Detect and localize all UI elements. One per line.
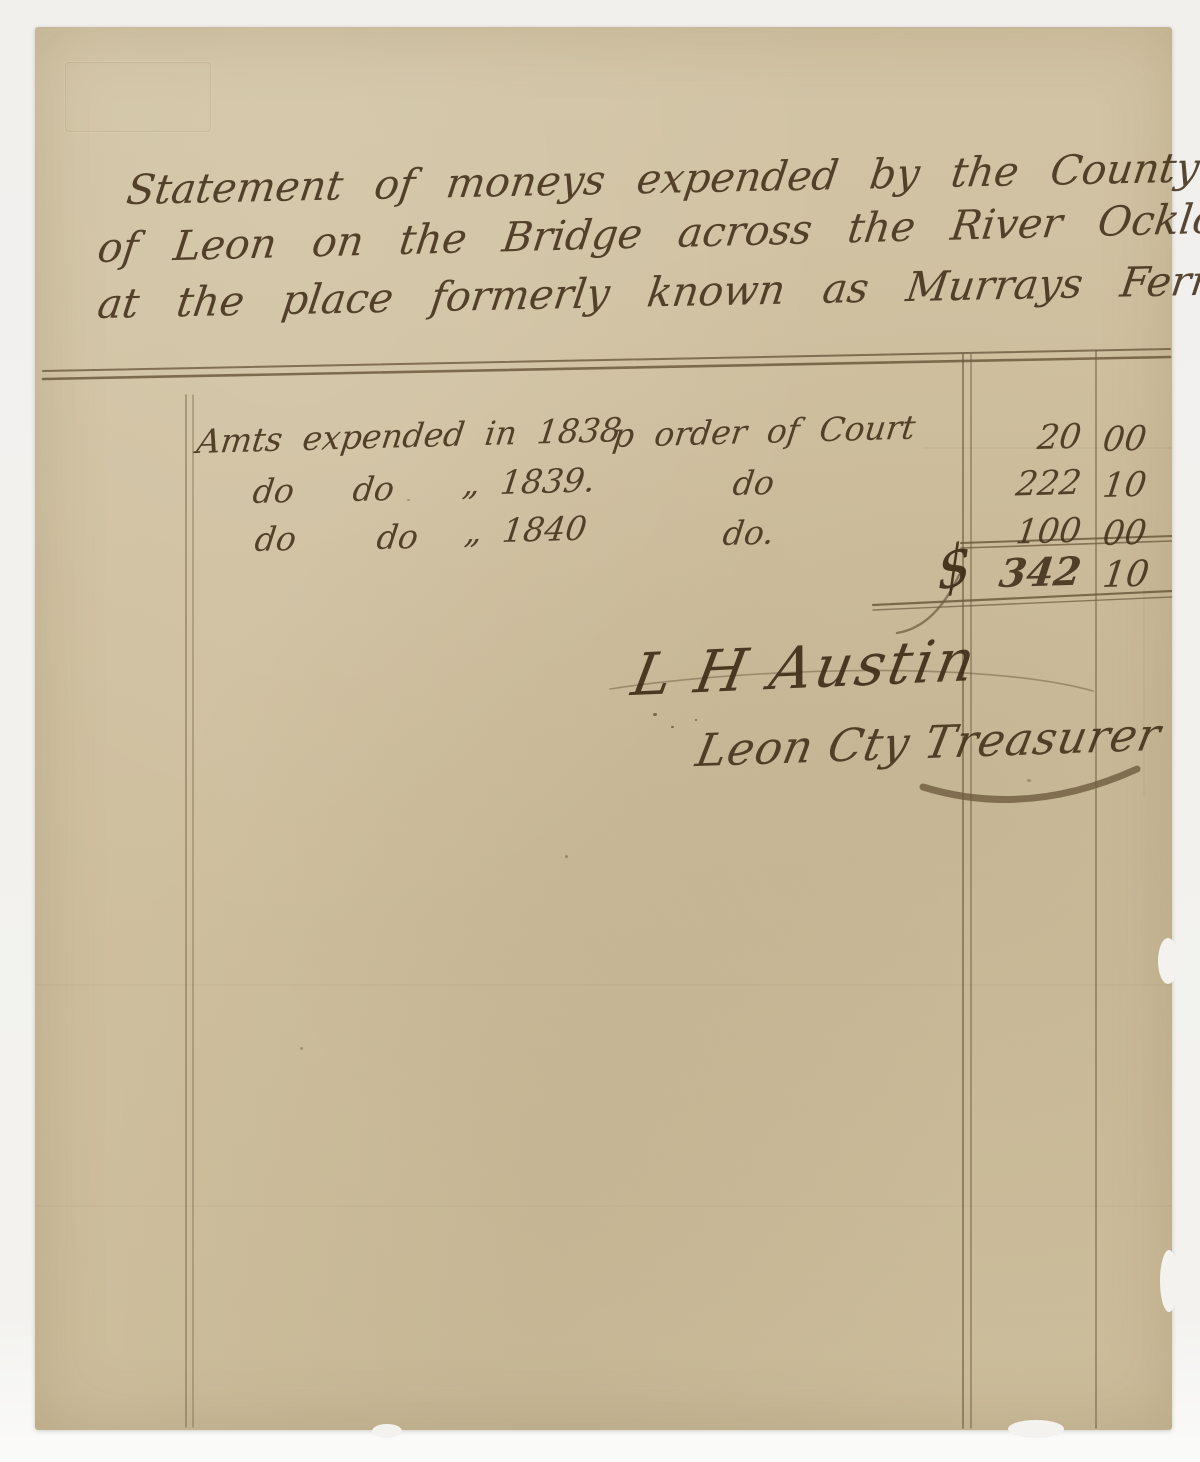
ink-speck <box>407 499 410 501</box>
ledger-row1-cents: 00 <box>1101 421 1168 459</box>
document-paper: Statement of moneys expended by the Coun… <box>35 27 1172 1430</box>
paper-crease <box>1143 587 1145 797</box>
paper-tear <box>1158 938 1178 984</box>
ledger-row1-dollars: 20 <box>961 420 1084 459</box>
total-cents: 10 <box>1101 555 1168 595</box>
paper-crease <box>35 1205 1172 1207</box>
ledger-row1-authority: p order of Court <box>611 410 918 453</box>
ledger-row3-dollars: 100 <box>961 514 1084 553</box>
paper-tear <box>1160 1250 1178 1312</box>
ledger-row2-cents: 10 <box>1101 467 1168 505</box>
ledger-row3-cents: 00 <box>1101 515 1168 553</box>
ink-speck <box>300 1047 303 1050</box>
ledger-row2-ditto1: do <box>251 474 297 510</box>
ledger-row2-year: „ 1839. <box>461 463 598 501</box>
ink-speck <box>1027 779 1031 782</box>
ledger-row2-ditto2: do <box>351 472 397 508</box>
ledger-row2-dollars: 222 <box>961 466 1084 505</box>
ink-speck <box>565 855 568 858</box>
paper-crease <box>35 984 1172 986</box>
ledger-row3-ditto2: do <box>375 520 421 556</box>
ledger-row3-ditto1: do <box>253 522 299 558</box>
signature-name: L H Austin <box>627 630 982 706</box>
ledger-row3-year: „ 1840 <box>463 512 589 550</box>
ledger-row2-authority: do <box>731 466 777 502</box>
ink-speck <box>653 713 657 716</box>
ink-speck <box>695 719 697 721</box>
paper-tear <box>1008 1420 1064 1438</box>
treasurer-swash <box>923 769 1137 799</box>
ink-speck <box>671 726 674 728</box>
ledger-row3-authority: do. <box>721 516 776 552</box>
total-dollars: 342 <box>960 552 1083 596</box>
paper-crease <box>923 447 1172 449</box>
paper-tear <box>372 1424 402 1438</box>
